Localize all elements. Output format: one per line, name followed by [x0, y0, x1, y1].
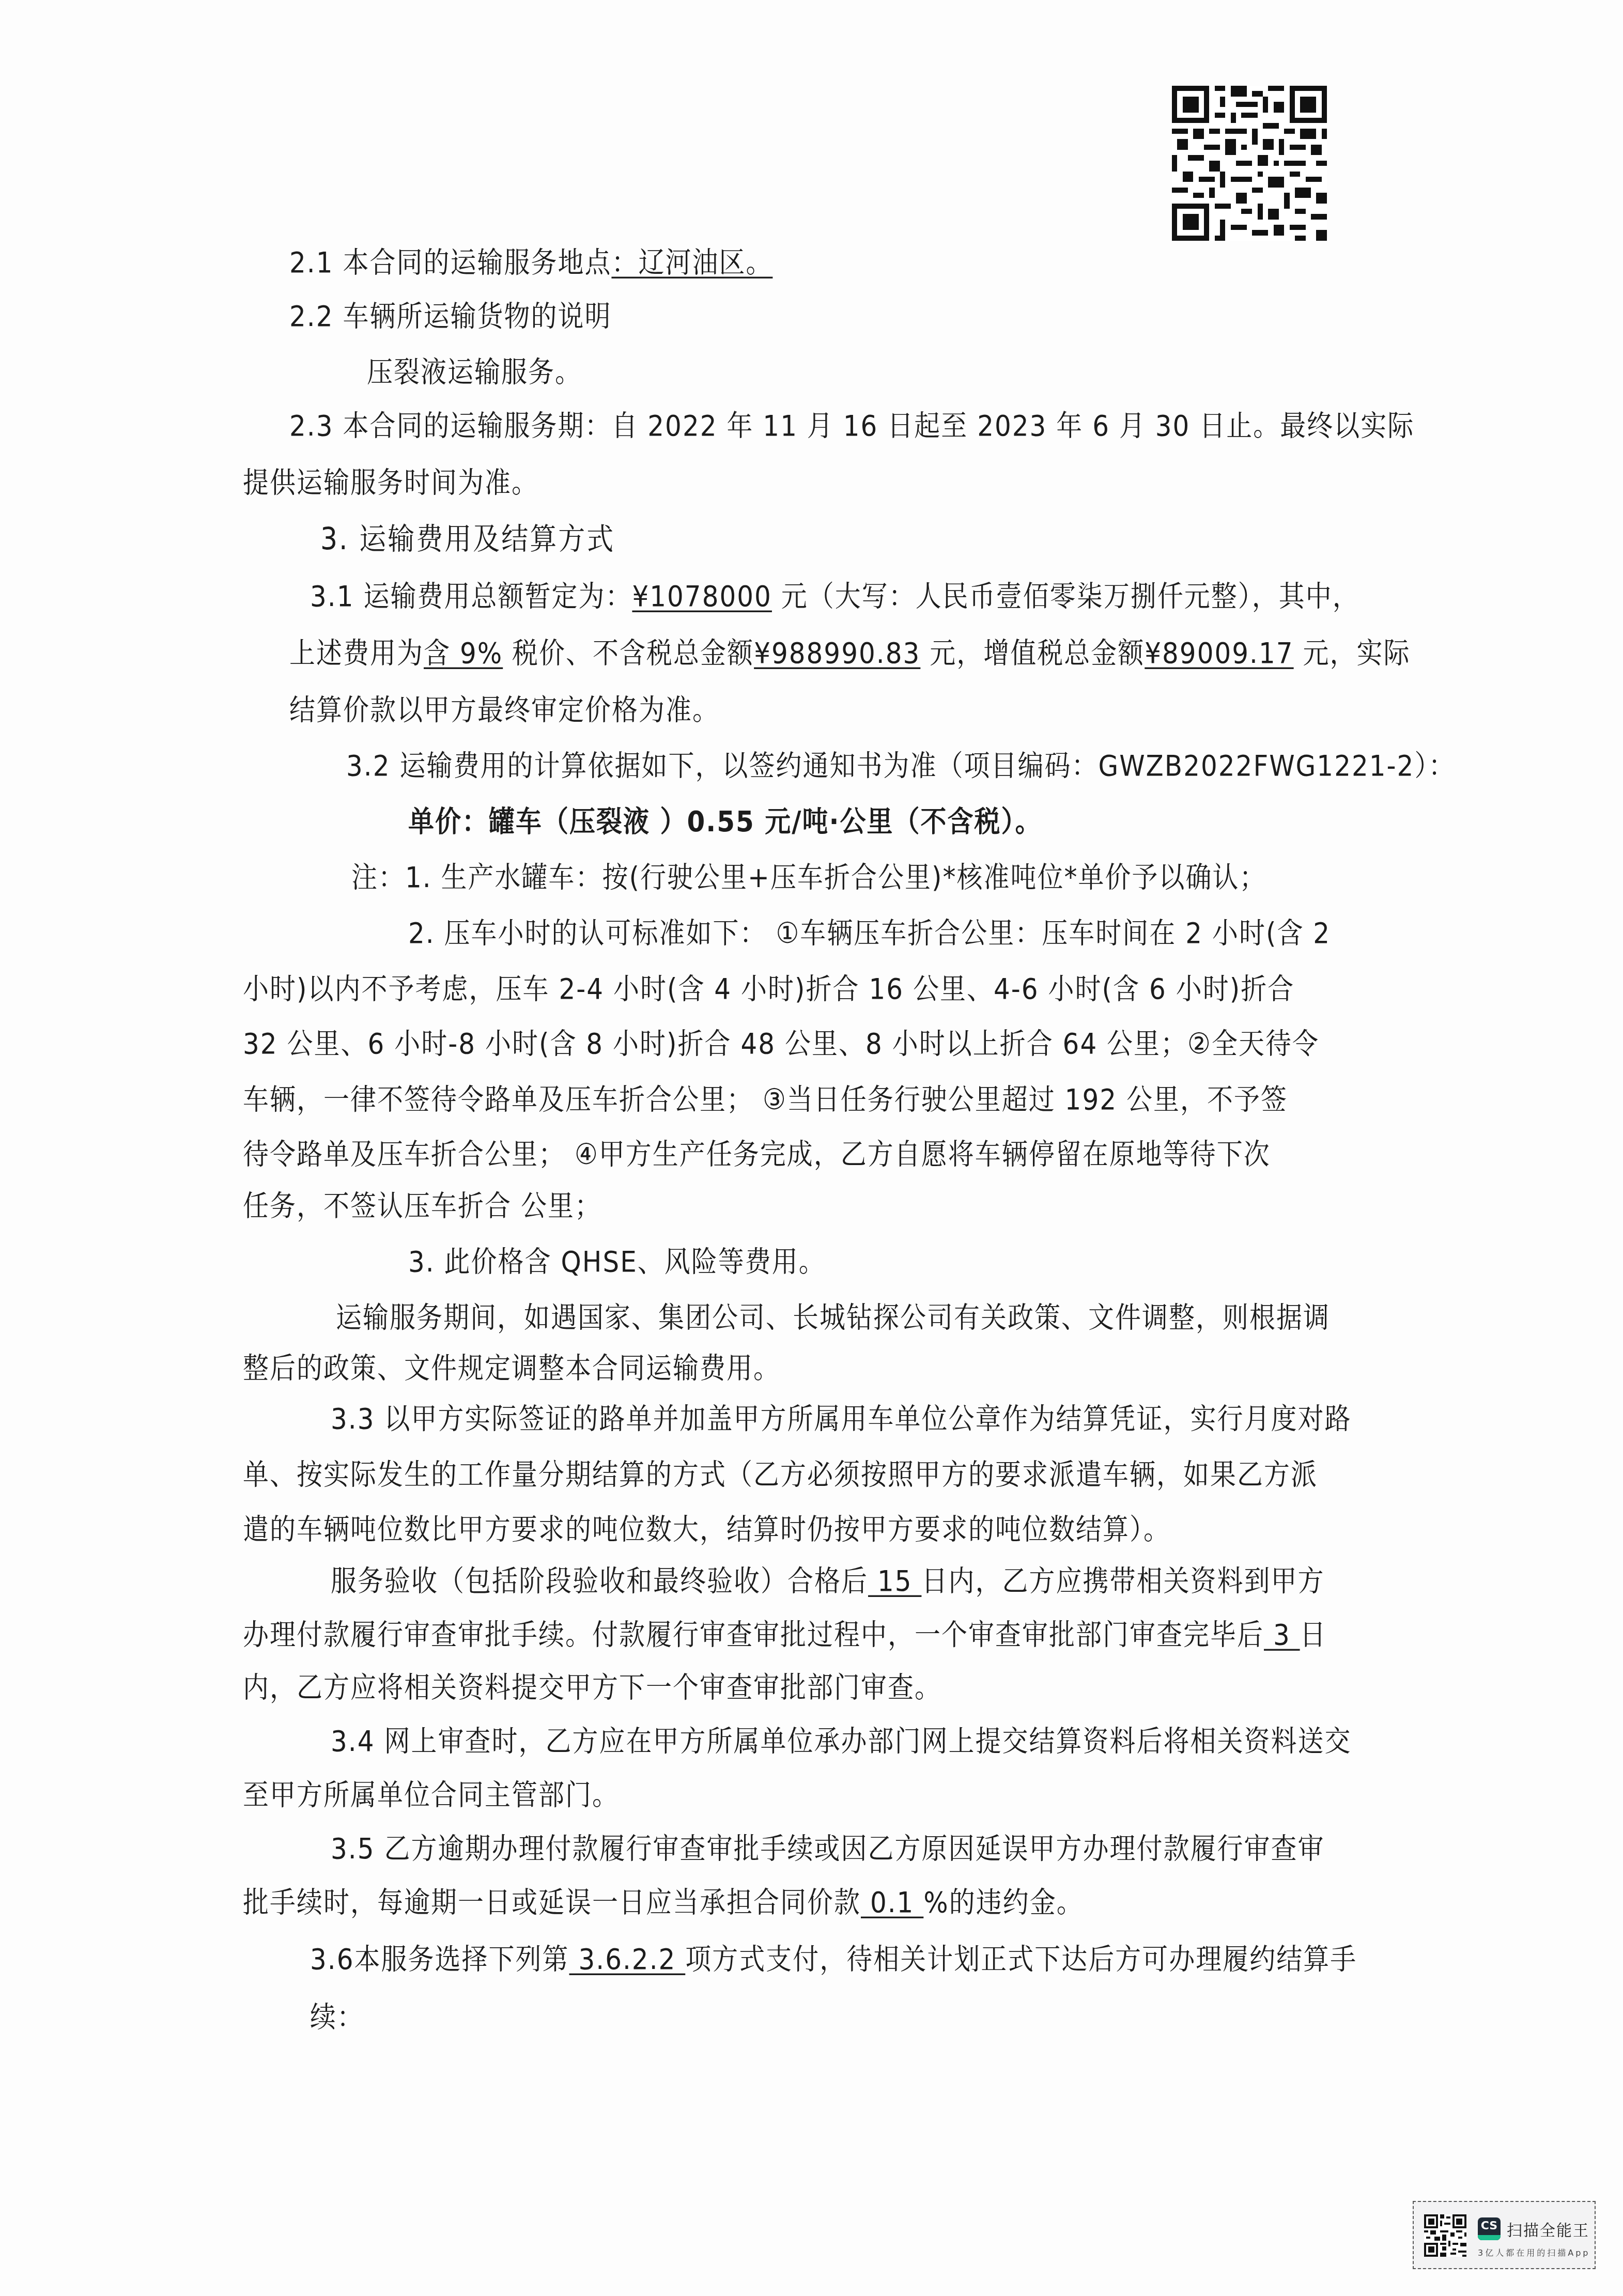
- acceptance-line3: 内，乙方应将相关资料提交甲方下一个审查审批部门审查。: [243, 1670, 941, 1704]
- watermark-subtitle: 3亿人都在用的扫描App: [1478, 2246, 1590, 2258]
- total-amount-value: ¥1078000: [632, 579, 772, 613]
- payment-option-value: 3.6.2.2: [569, 1942, 686, 1976]
- review-days-value: 3: [1264, 1618, 1300, 1651]
- tax-rate-value: 含 9%: [424, 636, 503, 670]
- service-location-value: ：辽河油区。: [611, 245, 772, 279]
- text-fragment: 项方式支付，待相关计划正式下达后方可办理履约结算手: [685, 1942, 1357, 1976]
- clause-3-5-line2: 批手续时，每逾期一日或延误一日应当承担合同价款 0.1 %的违约金。: [243, 1885, 1084, 1919]
- note-3: 3. 此价格含 QHSE、风险等费用。: [408, 1244, 826, 1279]
- clause-2-1: 2.1 本合同的运输服务地点：辽河油区。: [289, 245, 772, 280]
- vat-amount-value: ¥89009.17: [1145, 636, 1293, 670]
- clause-3-1-line3: 结算价款以甲方最终审定价格为准。: [289, 692, 719, 727]
- clause-2-3-line2: 提供运输服务时间为准。: [243, 465, 538, 500]
- note-2-line5: 待令路单及压车折合公里； ④甲方生产任务完成，乙方自愿将车辆停留在原地等待下次: [243, 1137, 1271, 1171]
- acceptance-days-value: 15: [868, 1564, 921, 1597]
- clause-3-1-line2: 上述费用为含 9% 税价、不含税总金额¥988990.83 元，增值税总金额¥8…: [289, 635, 1411, 670]
- logo-band: [1478, 2235, 1501, 2240]
- note-2-line1: 2. 压车小时的认可标准如下： ①车辆压车折合公里：压车时间在 2 小时(含 2: [408, 916, 1331, 950]
- acceptance-line2: 办理付款履行审查审批手续。付款履行审查审批过程中，一个审查审批部门审查完毕后 3…: [243, 1617, 1327, 1652]
- clause-3-3-line2: 单、按实际发生的工作量分期结算的方式（乙方必须按照甲方的要求派遣车辆，如果乙方派: [243, 1457, 1318, 1492]
- qr-code-icon: [1172, 86, 1327, 241]
- policy-paragraph-line1: 运输服务期间，如遇国家、集团公司、长城钻探公司有关政策、文件调整，则根据调: [336, 1300, 1330, 1335]
- text-fragment: 税价、不含税总金额: [503, 636, 754, 670]
- text-fragment: 3.6本服务选择下列第: [310, 1942, 569, 1976]
- text-fragment: 办理付款履行审查审批手续。付款履行审查审批过程中，一个审查审批部门审查完毕后: [243, 1618, 1264, 1651]
- logo-text: CS: [1478, 2220, 1501, 2232]
- text-fragment: 日内，乙方应携带相关资料到甲方: [921, 1564, 1324, 1597]
- clause-3-6-line1: 3.6本服务选择下列第 3.6.2.2 项方式支付，待相关计划正式下达后方可办理…: [310, 1942, 1357, 1976]
- pre-tax-amount-value: ¥988990.83: [754, 636, 920, 670]
- clause-2-2: 2.2 车辆所运输货物的说明: [289, 299, 611, 333]
- clause-3-5-line1: 3.5 乙方逾期办理付款履行审查审批手续或因乙方原因延误甲方办理付款履行审查审: [331, 1831, 1324, 1866]
- clause-3-4-line1: 3.4 网上审查时，乙方应在甲方所属单位承办部门网上提交结算资料后将相关资料送交: [331, 1724, 1351, 1758]
- scanned-document-page: 2.1 本合同的运输服务地点：辽河油区。 2.2 车辆所运输货物的说明 压裂液运…: [0, 0, 1623, 2296]
- note-2-line3: 32 公里、6 小时-8 小时(含 8 小时)折合 48 公里、8 小时以上折合…: [243, 1026, 1319, 1061]
- text-fragment: 上述费用为: [289, 636, 424, 670]
- clause-3-1-line1: 3.1 运输费用总额暂定为：¥1078000 元（大写：人民币壹佰零柒万捌仟元整…: [310, 579, 1359, 613]
- total-amount-words: 元（大写：人民币壹佰零柒万捌仟元整），其中，: [772, 579, 1359, 613]
- cargo-description: 压裂液运输服务。: [367, 354, 582, 389]
- clause-3-4-line2: 至甲方所属单位合同主管部门。: [243, 1777, 619, 1812]
- text-fragment: %的违约金。: [923, 1885, 1084, 1919]
- note-1: 注：1. 生产水罐车：按(行驶公里+压车折合公里)*核准吨位*单价予以确认；: [351, 860, 1266, 894]
- policy-paragraph-line2: 整后的政策、文件规定调整本合同运输费用。: [243, 1351, 780, 1385]
- clause-3-2-line1: 3.2 运输费用的计算依据如下，以签约通知书为准（项目编码：GWZB2022FW…: [346, 748, 1455, 783]
- watermark-title: 扫描全能王: [1507, 2217, 1589, 2240]
- clause-3-1-label: 3.1 运输费用总额暂定为：: [310, 579, 632, 613]
- section-3-heading: 3. 运输费用及结算方式: [320, 522, 615, 556]
- watermark-qr-code-icon: [1424, 2214, 1466, 2257]
- clause-2-3-line1: 2.3 本合同的运输服务期：自 2022 年 11 月 16 日起至 2023 …: [289, 408, 1414, 443]
- clause-2-1-label: 2.1 本合同的运输服务地点: [289, 245, 611, 279]
- text-fragment: 日: [1300, 1618, 1327, 1651]
- clause-3-6-line2: 续：: [310, 1999, 364, 2034]
- note-2-line6: 任务，不签认压车折合 公里；: [243, 1188, 601, 1223]
- text-fragment: 服务验收（包括阶段验收和最终验收）合格后: [331, 1564, 868, 1597]
- camscanner-watermark: CS 扫描全能王 3亿人都在用的扫描App: [1413, 2201, 1596, 2269]
- text-fragment: 元，实际: [1294, 636, 1411, 670]
- unit-price-line: 单价：罐车（压裂液 ）0.55 元/吨·公里（不含税）。: [408, 804, 1042, 839]
- text-fragment: 元，增值税总金额: [920, 636, 1145, 670]
- clause-3-3-line1: 3.3 以甲方实际签证的路单并加盖甲方所属用车单位公章作为结算凭证，实行月度对路: [331, 1401, 1351, 1436]
- clause-3-3-line3: 遣的车辆吨位数比甲方要求的吨位数大，结算时仍按甲方要求的吨位数结算）。: [243, 1512, 1170, 1546]
- note-2-line4: 车辆，一律不签待令路单及压车折合公里； ③当日任务行驶公里超过 192 公里，不…: [243, 1082, 1288, 1116]
- camscanner-logo-icon: CS: [1478, 2217, 1501, 2240]
- penalty-rate-value: 0.1: [861, 1885, 923, 1919]
- acceptance-line1: 服务验收（包括阶段验收和最终验收）合格后 15 日内，乙方应携带相关资料到甲方: [331, 1563, 1324, 1598]
- text-fragment: 批手续时，每逾期一日或延误一日应当承担合同价款: [243, 1885, 861, 1919]
- note-2-line2: 小时)以内不予考虑，压车 2-4 小时(含 4 小时)折合 16 公里、4-6 …: [243, 971, 1294, 1006]
